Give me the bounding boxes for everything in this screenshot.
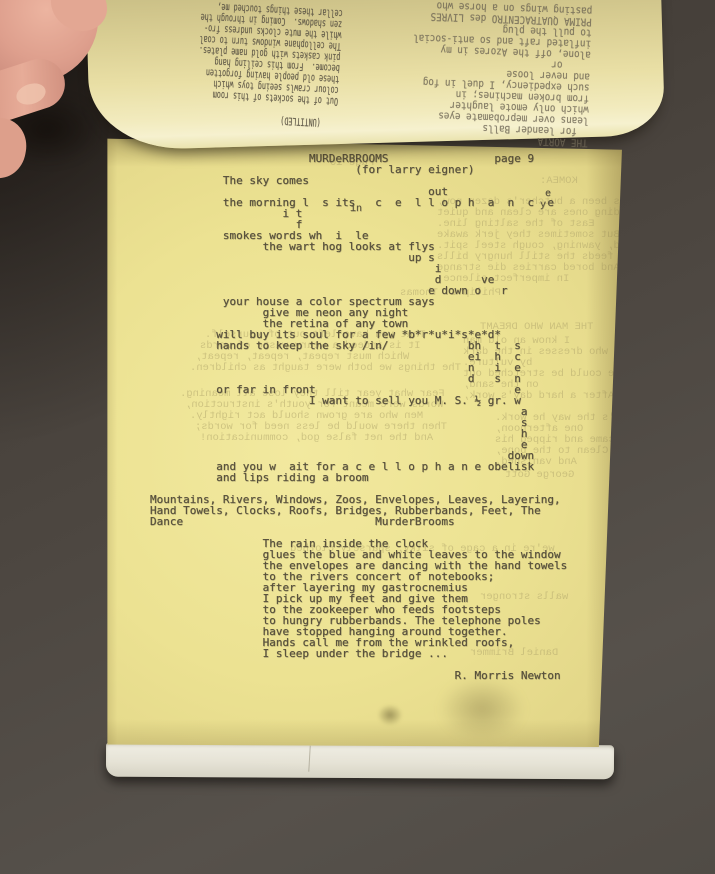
turning-page-untitled-poem: (UNTITLED) Out of the sockets of this ro… xyxy=(212,1,343,128)
under-pages-edge xyxy=(106,743,614,780)
turning-page-aorta-poem: THE AORTA for leander Balls leans over m… xyxy=(427,0,593,148)
page-edge-crease xyxy=(308,746,310,772)
photo-of-poetry-zine: Page 10KOMEA:It's been a butcher's dozen… xyxy=(0,0,715,874)
floating-letters-in: in xyxy=(350,205,362,215)
large-shadow-smudge xyxy=(440,678,524,740)
poem-page-text: MURDeRBROOMS page 9 (for larry eigner) T… xyxy=(150,153,567,681)
zine-page-9: Page 10KOMEA:It's been a butcher's dozen… xyxy=(99,130,623,747)
floating-letter-y: y xyxy=(540,201,546,211)
hand xyxy=(0,0,140,200)
small-stain xyxy=(378,705,402,725)
floating-letter-e: e xyxy=(545,190,551,200)
